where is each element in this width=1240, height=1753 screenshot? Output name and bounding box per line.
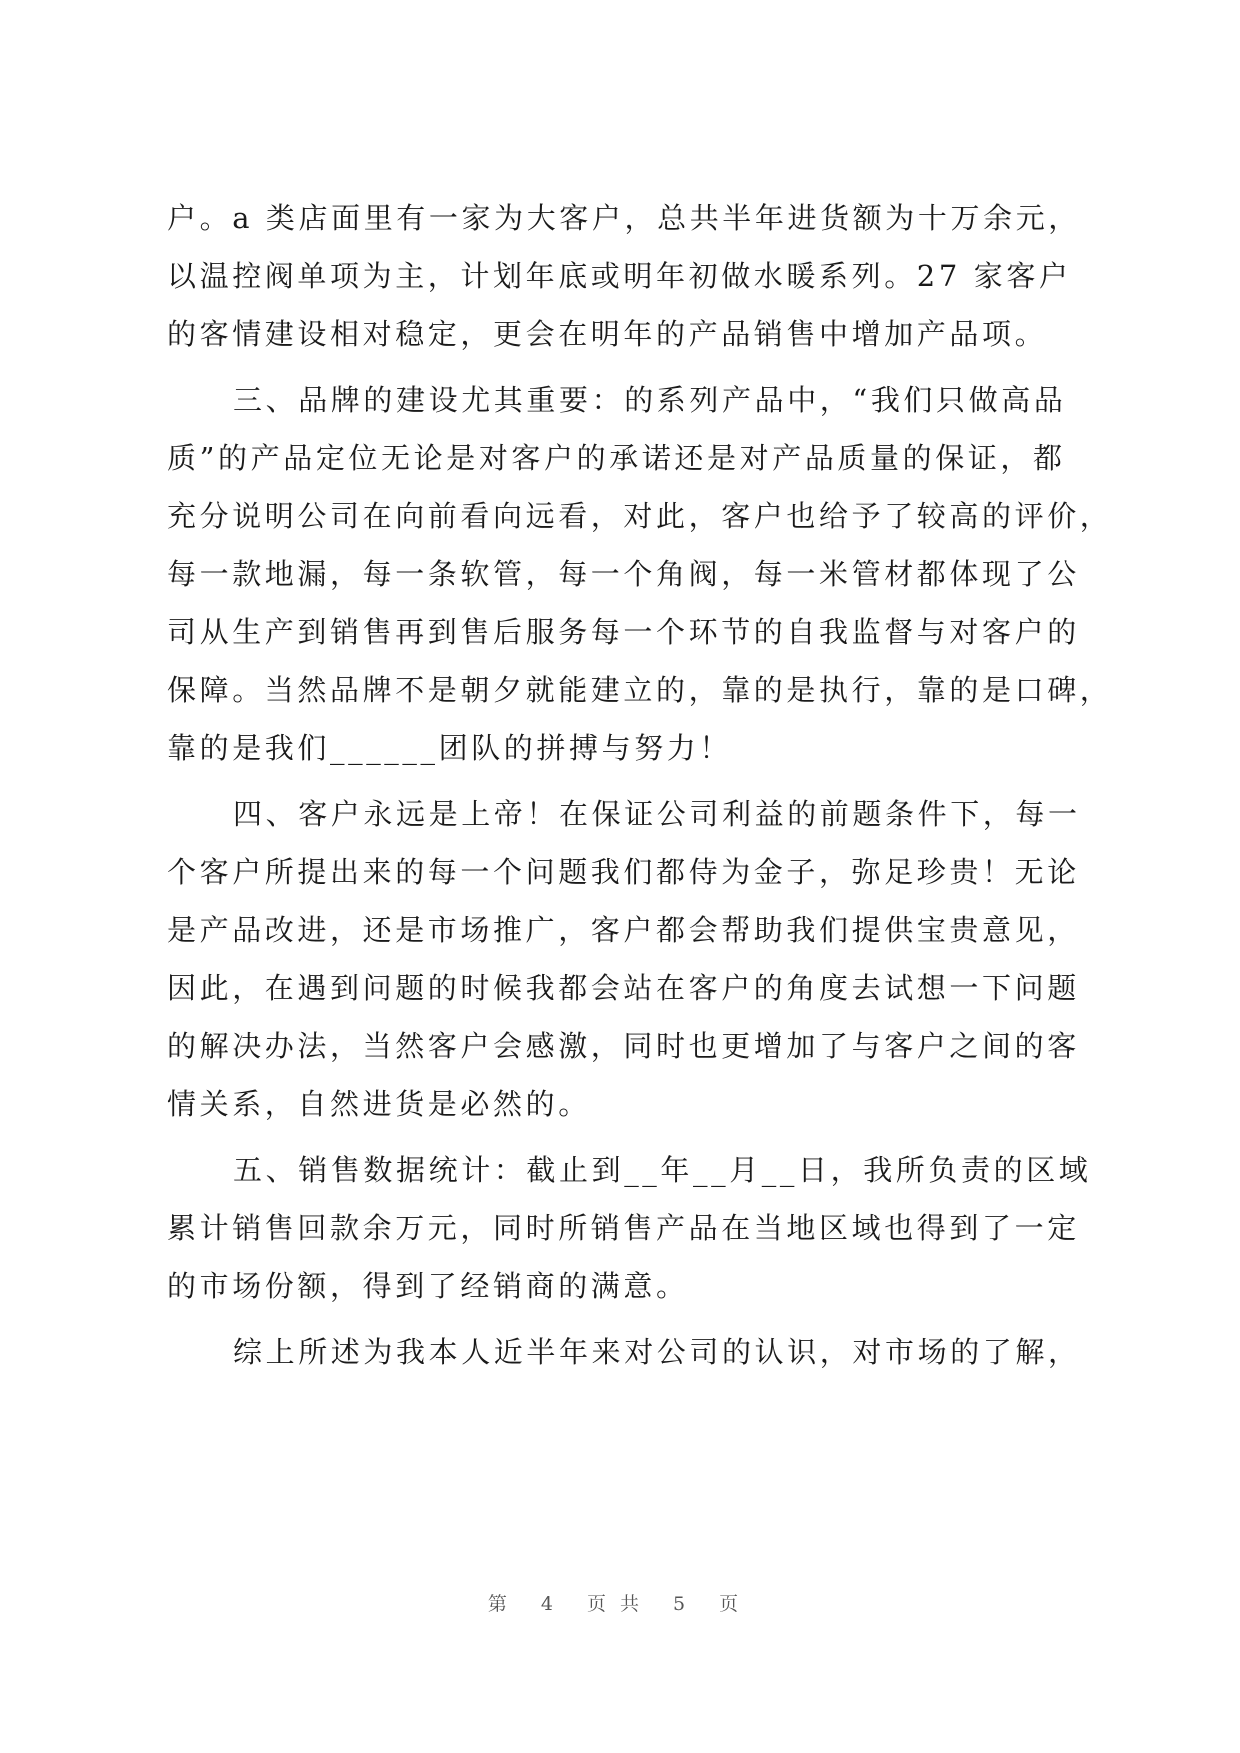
summary-line: 综上所述为我本人近半年来对公司的认识，对市场的了解， <box>233 1330 1081 1374</box>
text-line: 质”的产品定位无论是对客户的承诺还是对产品质量的保证，都 <box>167 436 1066 480</box>
text-line: 保障。当然品牌不是朝夕就能建立的，靠的是执行，靠的是口碑， <box>167 668 1112 712</box>
section-three-heading-line: 三、品牌的建设尤其重要：的系列产品中，“我们只做高品 <box>233 378 1066 422</box>
text-line: 因此，在遇到问题的时候我都会站在客户的角度去试想一下问题 <box>167 966 1080 1010</box>
section-five-heading-line: 五、销售数据统计：截止到__年__月__日，我所负责的区域 <box>233 1148 1091 1192</box>
text-line: 的客情建设相对稳定，更会在明年的产品销售中增加产品项。 <box>167 312 1047 356</box>
text-line: 户。a 类店面里有一家为大客户，总共半年进货额为十万余元， <box>167 196 1081 240</box>
text-line: 以温控阀单项为主，计划年底或明年初做水暖系列。27 家客户 <box>167 254 1072 298</box>
text-line: 每一款地漏，每一条软管，每一个角阀，每一米管材都体现了公 <box>167 552 1080 596</box>
document-page: 户。a 类店面里有一家为大客户，总共半年进货额为十万余元， 以温控阀单项为主，计… <box>0 0 1240 1753</box>
page-number-footer: 第 4 页共 5 页 <box>0 1589 1240 1616</box>
text-line: 的解决办法，当然客户会感激，同时也更增加了与客户之间的客 <box>167 1024 1080 1068</box>
text-line: 靠的是我们______团队的拼搏与努力！ <box>167 726 732 770</box>
text-line: 的市场份额，得到了经销商的满意。 <box>167 1264 689 1308</box>
text-line: 个客户所提出来的每一个问题我们都侍为金子，弥足珍贵！无论 <box>167 850 1080 894</box>
text-line: 充分说明公司在向前看向远看，对此，客户也给予了较高的评价， <box>167 494 1112 538</box>
text-line: 是产品改进，还是市场推广，客户都会帮助我们提供宝贵意见， <box>167 908 1080 952</box>
text-line: 司从生产到销售再到售后服务每一个环节的自我监督与对客户的 <box>167 610 1080 654</box>
text-line: 情关系，自然进货是必然的。 <box>167 1082 591 1126</box>
section-four-heading-line: 四、客户永远是上帝！在保证公司利益的前题条件下，每一 <box>233 792 1081 836</box>
text-line: 累计销售回款余万元，同时所销售产品在当地区域也得到了一定 <box>167 1206 1080 1250</box>
